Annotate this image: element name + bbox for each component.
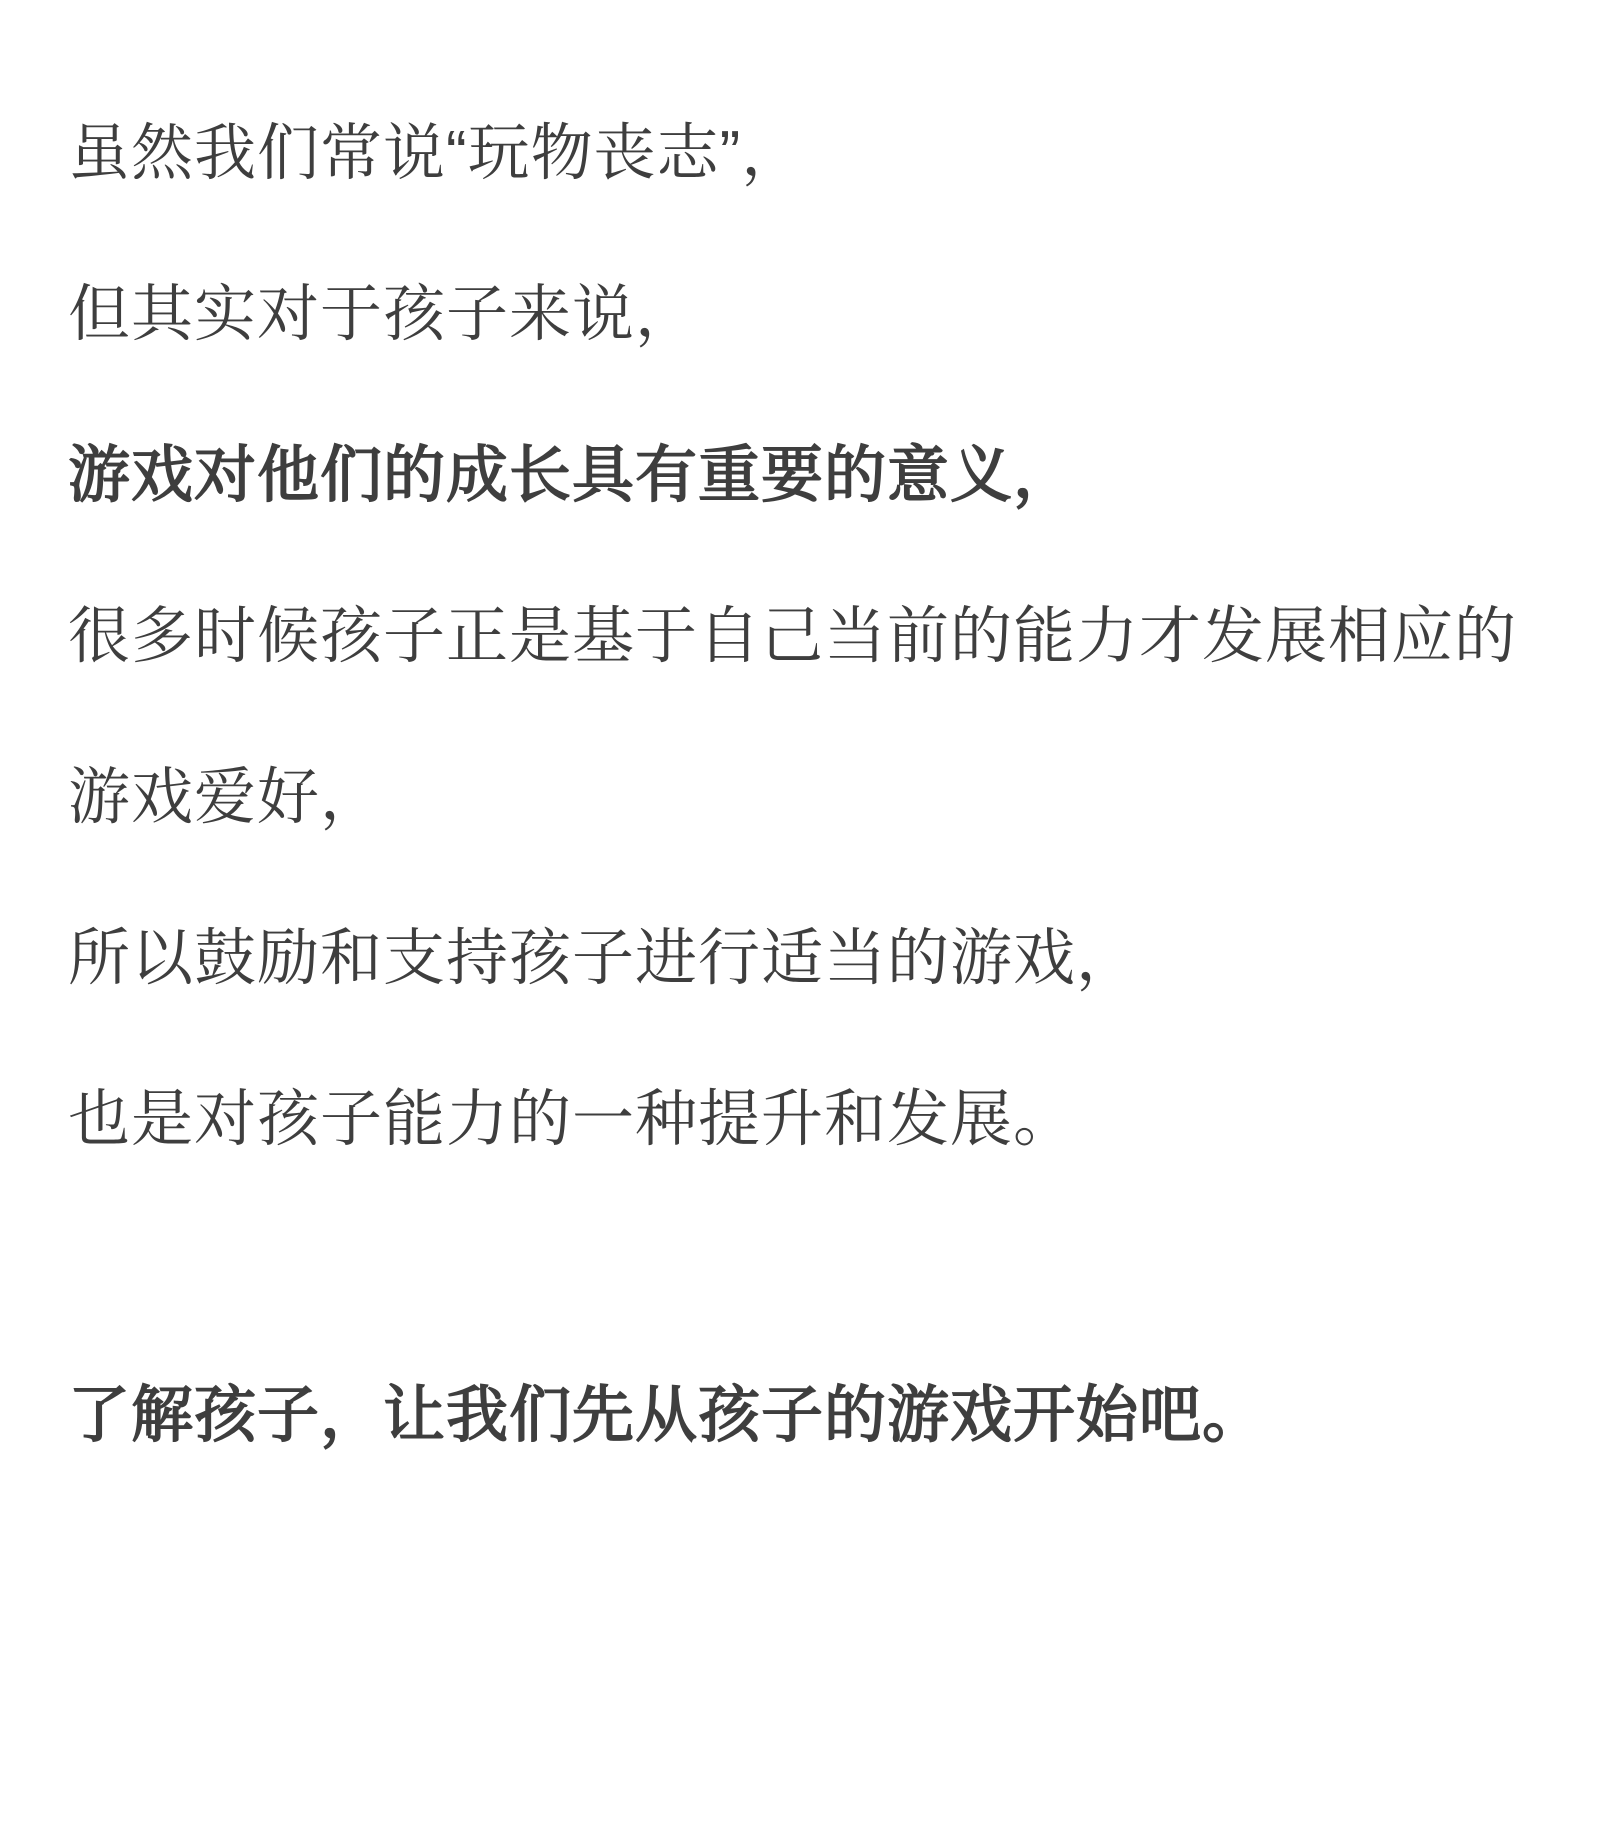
article-line-7: 也是对孩子能力的一种提升和发展。	[68, 1039, 1532, 1200]
article-line-5: 游戏爱好，	[68, 717, 1532, 878]
article-body: 虽然我们常说“玩物丧志”， 但其实对于孩子来说， 游戏对他们的成长具有重要的意义…	[68, 73, 1532, 1496]
article-line-3-emphasis: 游戏对他们的成长具有重要的意义，	[68, 395, 1532, 556]
article-line-4: 很多时候孩子正是基于自己当前的能力才发展相应的	[68, 556, 1532, 717]
article-line-1: 虽然我们常说“玩物丧志”，	[68, 73, 1532, 234]
article-line-2: 但其实对于孩子来说，	[68, 234, 1532, 395]
article-line-6: 所以鼓励和支持孩子进行适当的游戏，	[68, 878, 1532, 1039]
article-line-8-emphasis: 了解孩子，让我们先从孩子的游戏开始吧。	[68, 1335, 1532, 1496]
